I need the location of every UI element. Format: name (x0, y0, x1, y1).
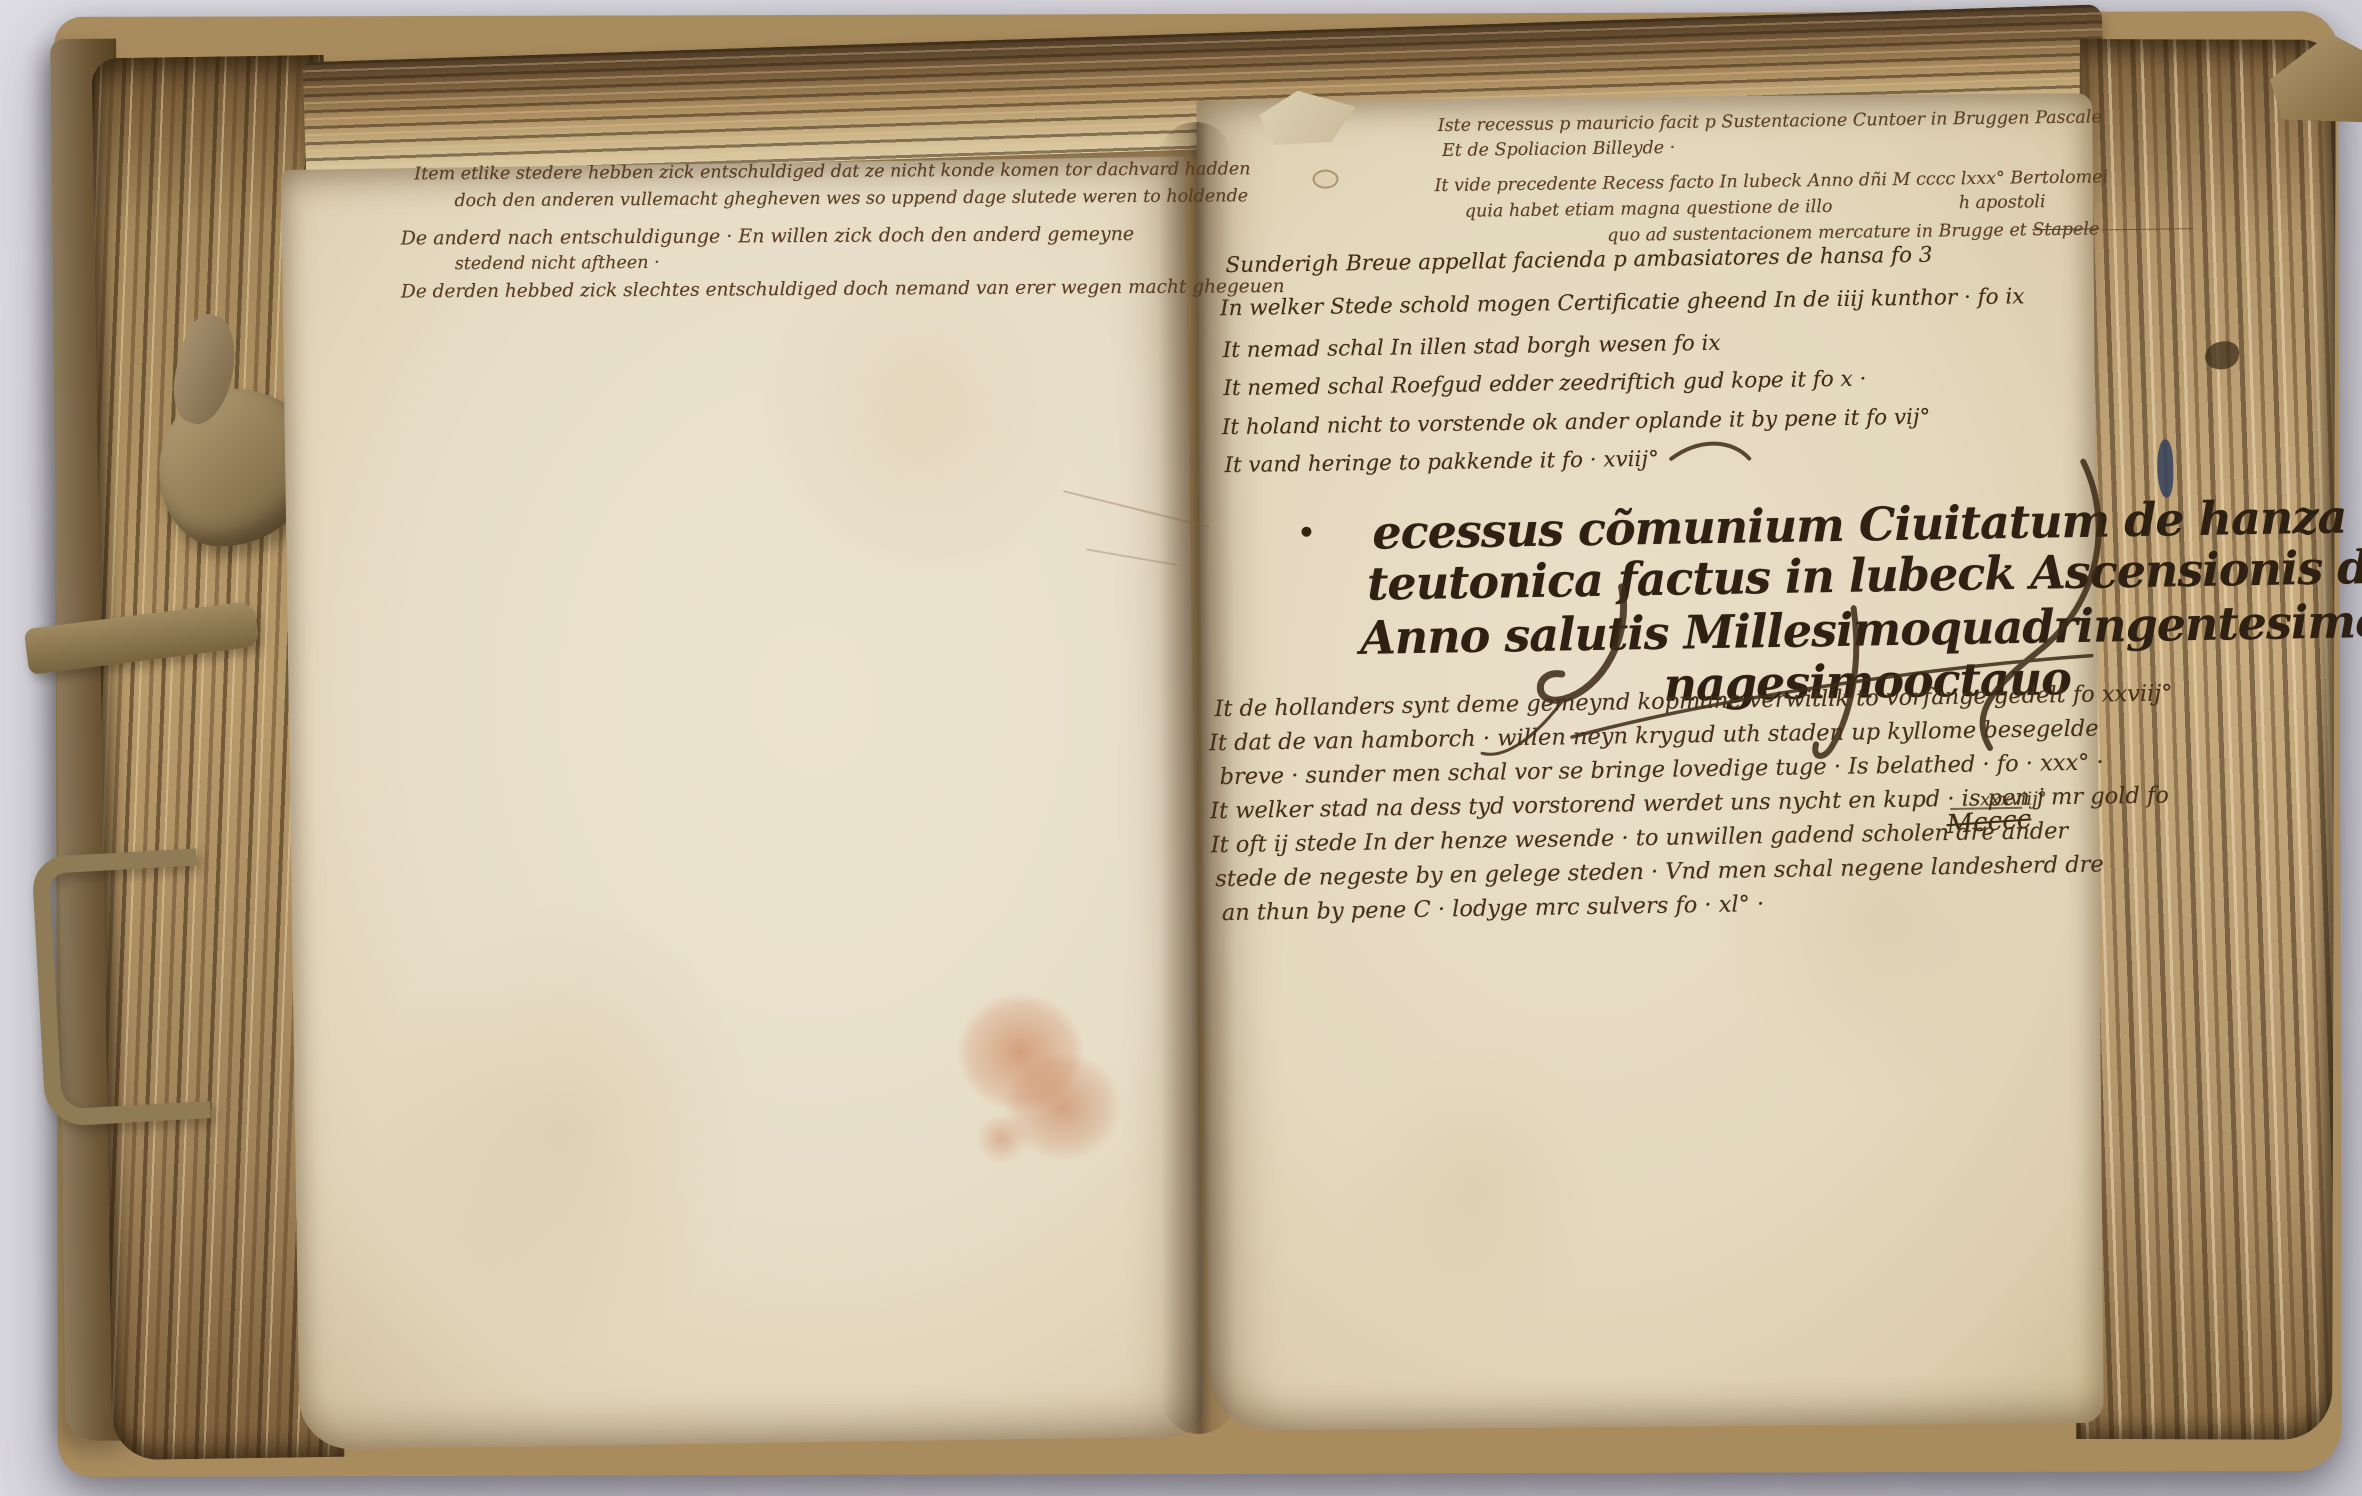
red-wax-stain (945, 982, 1136, 1182)
manuscript-line: stede de negeste by en gelege steden · V… (1215, 851, 2104, 892)
left-page-text-block: Item etlike stedere hebben zick entschul… (400, 160, 1201, 325)
manuscript-line: an thun by pene C · lodyge mrc sulvers f… (1222, 891, 1765, 926)
manuscript-line: breve · sunder men schal vor se bringe l… (1219, 749, 2104, 790)
left-page (281, 157, 1204, 1450)
leather-tie-loop (31, 848, 211, 1127)
superscript-folio-number: xxxviij° (1980, 788, 2047, 810)
manuscript-line: Item etlike stedere hebben zick entschul… (414, 159, 1250, 184)
open-manuscript-book: Item etlike stedere hebben zick entschul… (54, 11, 2342, 1477)
manuscript-line: stedend nicht aftheen · (455, 253, 660, 274)
right-page-body-text: It de hollanders synt deme gemeynd kopma… (1208, 681, 2112, 936)
manuscript-line: De derden hebbed zick slechtes entschuld… (401, 276, 1285, 302)
manuscript-line: It oft ij stede In der henze wesende · t… (1210, 818, 2068, 858)
manuscript-line: De anderd nach entschuldigunge · En will… (401, 223, 1135, 249)
photograph-of-open-manuscript: { "colors": { "background": "#d9d8de", "… (0, 0, 2362, 1496)
manuscript-line: It dat de van hamborch · willen neyn kry… (1209, 716, 2099, 757)
blue-ink-fleck (2157, 439, 2173, 497)
manuscript-line: doch den anderen vullemacht ghegheven we… (454, 186, 1248, 211)
pen-rule-line (2101, 228, 2193, 230)
